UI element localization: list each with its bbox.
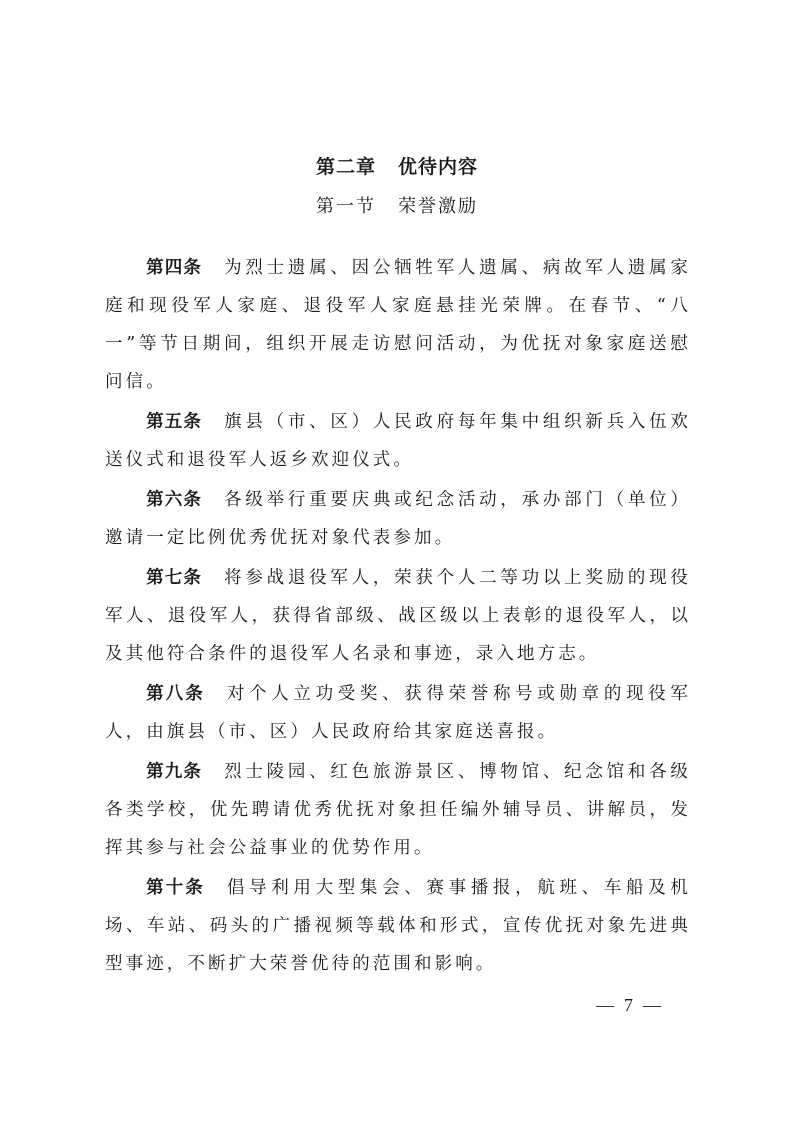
article-label: 第九条 [146,762,202,782]
article-9: 第九条烈士陵园、红色旅游景区、博物馆、纪念馆和各级各类学校，优先聘请优秀优抚对象… [105,753,691,867]
article-label: 第五条 [146,412,202,432]
page-number-dash-right: — [643,995,661,1016]
page-number: —7— [596,995,676,1016]
chapter-heading: 第二章优待内容 [0,152,794,179]
article-5: 第五条旗县（市、区）人民政府每年集中组织新兵入伍欢送仪式和退役军人返乡欢迎仪式。 [105,403,691,479]
chapter-title: 优待内容 [398,156,478,178]
article-text: 为烈士遗属、因公牺牲军人遗属、病故军人遗属家庭和现役军人家庭、退役军人家庭悬挂光… [105,258,691,392]
section-number: 第一节 [316,196,376,217]
article-4: 第四条为烈士遗属、因公牺牲军人遗属、病故军人遗属家庭和现役军人家庭、退役军人家庭… [105,249,691,401]
article-label: 第七条 [146,568,202,588]
page-number-value: 7 [624,995,633,1015]
article-label: 第八条 [146,684,205,704]
article-8: 第八条对个人立功受奖、获得荣誉称号或勋章的现役军人，由旗县（市、区）人民政府给其… [105,675,691,751]
article-label: 第十条 [146,878,205,898]
article-label: 第四条 [146,258,202,278]
article-7: 第七条将参战退役军人，荣获个人二等功以上奖励的现役军人、退役军人，获得省部级、战… [105,559,691,673]
section-title: 荣誉激励 [398,196,478,217]
section-heading: 第一节荣誉激励 [0,192,794,218]
article-6: 第六条各级举行重要庆典或纪念活动，承办部门（单位）邀请一定比例优秀优抚对象代表参… [105,481,691,557]
document-page: 第二章优待内容 第一节荣誉激励 第四条为烈士遗属、因公牺牲军人遗属、病故军人遗属… [0,0,794,1123]
page-number-dash-left: — [596,995,614,1016]
chapter-number: 第二章 [316,156,376,178]
article-label: 第六条 [146,490,202,510]
article-10: 第十条倡导利用大型集会、赛事播报，航班、车船及机场、车站、码头的广播视频等载体和… [105,869,691,983]
document-body: 第四条为烈士遗属、因公牺牲军人遗属、病故军人遗属家庭和现役军人家庭、退役军人家庭… [105,249,691,985]
